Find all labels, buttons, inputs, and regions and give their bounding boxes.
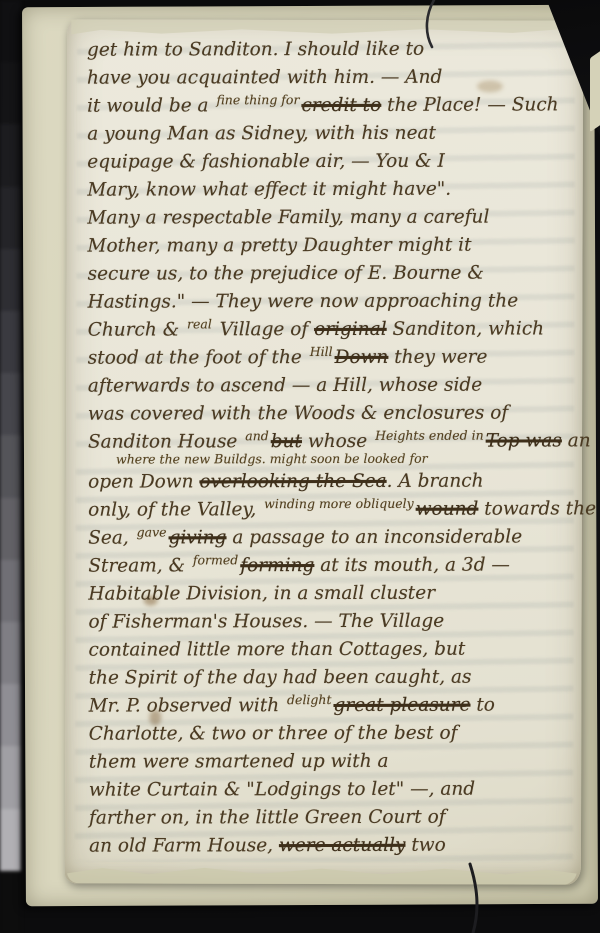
inserted-text: and: [245, 428, 269, 443]
grayscale-calibration-strip: [0, 0, 21, 933]
inserted-text: Hill: [310, 344, 333, 359]
handwriting-text: at its mouth, a 3d —: [314, 555, 510, 577]
manuscript-line: of Fisherman's Houses. — The Village: [88, 607, 568, 636]
calibration-shade-block: [0, 560, 21, 622]
struck-through-text: great pleasure: [334, 695, 471, 716]
manuscript-line: Mary, know what effect it might have".: [87, 175, 567, 204]
mount-corner-edge: [590, 50, 600, 132]
struck-through-text: original: [314, 319, 387, 340]
manuscript-line: afterwards to ascend — a Hill, whose sid…: [88, 371, 568, 400]
handwriting-text: white Curtain & "Lodgings to let" —, and: [89, 779, 475, 801]
handwriting-text: where the new Buildgs. might soon be loo…: [116, 451, 428, 467]
handwriting-text: them were smartened up with a: [89, 751, 389, 773]
struck-through-text: overlooking the Sea: [199, 471, 386, 492]
handwriting-text: have you acquainted with him. — And: [87, 67, 442, 89]
handwriting-text: . A branch: [387, 471, 484, 492]
calibration-shade-block: [0, 498, 21, 560]
manuscript-line: farther on, in the little Green Court of: [89, 803, 569, 832]
manuscript-line: Hastings." — They were now approaching t…: [88, 287, 568, 316]
handwriting-text: Sea,: [88, 528, 134, 549]
handwriting-text: an old Farm House,: [89, 835, 279, 856]
calibration-shade-block: [0, 809, 21, 871]
manuscript-line: Many a respectable Family, many a carefu…: [87, 203, 567, 232]
handwriting-text: contained little more than Cottages, but: [89, 639, 466, 661]
manuscript-line: white Curtain & "Lodgings to let" —, and: [89, 775, 569, 804]
handwriting-text: it would be a: [87, 95, 214, 116]
manuscript-line: have you acquainted with him. — And: [87, 63, 567, 92]
handwriting-text: Sanditon House: [88, 431, 243, 452]
handwriting-text: Charlotte, & two or three of the best of: [89, 723, 458, 745]
calibration-shade-block: [0, 249, 21, 311]
inserted-text: real: [187, 316, 212, 331]
manuscript-line: stood at the foot of the HillDown they w…: [88, 343, 568, 372]
inserted-text: Heights ended in: [375, 428, 484, 443]
calibration-shade-block: [0, 684, 21, 746]
calibration-shade-block: [0, 871, 21, 933]
struck-through-text: were actually: [279, 835, 406, 856]
handwriting-text: Village of: [214, 319, 314, 340]
calibration-shade-block: [0, 373, 21, 435]
struck-through-text: but: [271, 431, 302, 452]
handwriting-text: Church &: [88, 319, 185, 340]
manuscript-line: Mother, many a pretty Daughter might it: [87, 231, 567, 260]
struck-through-text: credit to: [301, 95, 381, 116]
struck-through-text: forming: [240, 555, 314, 576]
handwriting-text: afterwards to ascend — a Hill, whose sid…: [88, 375, 482, 397]
handwriting-text: Mother, many a pretty Daughter might it: [87, 235, 471, 257]
manuscript-line: secure us, to the prejudice of E. Bourne…: [88, 259, 568, 288]
calibration-shade-block: [0, 62, 21, 124]
manuscript-line: Charlotte, & two or three of the best of: [89, 719, 569, 748]
struck-through-text: Down: [335, 347, 389, 368]
handwriting-text: towards the: [478, 498, 596, 519]
struck-through-text: wound: [416, 499, 479, 520]
handwriting-text: to: [470, 695, 495, 716]
manuscript-line: Church & real Village of original Sandit…: [88, 315, 568, 344]
inserted-text: formed: [193, 552, 238, 567]
struck-through-text: giving: [169, 527, 227, 548]
handwriting-text: the Place! — Such: [381, 94, 558, 115]
inserted-text: fine thing for: [216, 92, 299, 107]
calibration-shade-block: [0, 435, 21, 497]
handwriting-text: of Fisherman's Houses. — The Village: [88, 611, 444, 633]
handwriting-text: open Down: [88, 471, 199, 492]
page-deckle-edge-bottom: [67, 861, 577, 884]
manuscript-line: open Down overlooking the Sea. A branch: [88, 467, 568, 496]
manuscript-line: Mr. P. observed with delightgreat pleasu…: [89, 691, 569, 720]
handwriting-text: Stream, &: [88, 555, 191, 576]
handwriting-text: stood at the foot of the: [88, 347, 308, 369]
handwriting-text: two: [405, 835, 445, 856]
handwriting-text: Habitable Division, in a small cluster: [88, 583, 435, 605]
inserted-text: winding more obliquely: [264, 496, 414, 511]
handwriting-text: an: [562, 430, 591, 451]
handwriting-text: Mr. P. observed with: [89, 695, 285, 717]
handwriting-text: Sanditon, which: [387, 318, 545, 339]
manuscript-line: a young Man as Sidney, with his neat: [87, 119, 567, 148]
manuscript-line: contained little more than Cottages, but: [89, 635, 569, 664]
manuscript-line: an old Farm House, were actually two: [89, 831, 569, 860]
calibration-shade-block: [0, 311, 21, 373]
handwriting-text: secure us, to the prejudice of E. Bourne…: [88, 263, 484, 285]
calibration-shade-block: [0, 0, 21, 62]
inserted-text: gave: [137, 525, 167, 540]
manuscript-photo: get him to Sanditon. I should like tohav…: [0, 0, 600, 933]
handwriting-text: Hastings." — They were now approaching t…: [88, 291, 519, 313]
calibration-shade-block: [0, 187, 21, 249]
handwriting-text: farther on, in the little Green Court of: [89, 807, 446, 829]
manuscript-line: only, of the Valley, winding more obliqu…: [88, 495, 568, 524]
manuscript-page: get him to Sanditon. I should like tohav…: [65, 19, 583, 884]
manuscript-line: it would be a fine thing forcredit to th…: [87, 91, 567, 120]
manuscript-line: equipage & fashionable air, — You & I: [87, 147, 567, 176]
manuscript-line: Sea, gavegiving a passage to an inconsid…: [88, 523, 568, 552]
struck-through-text: Top was: [486, 430, 562, 451]
calibration-shade-block: [0, 622, 21, 684]
calibration-shade-block: [0, 124, 21, 186]
manuscript-line: them were smartened up with a: [89, 747, 569, 776]
handwriting-text: Many a respectable Family, many a carefu…: [87, 207, 489, 229]
manuscript-line: get him to Sanditon. I should like to: [87, 35, 567, 64]
manuscript-line: was covered with the Woods & enclosures …: [88, 399, 568, 428]
handwriting-text: a young Man as Sidney, with his neat: [87, 123, 436, 145]
handwriting-text: only, of the Valley,: [88, 499, 262, 520]
handwriting-text: the Spirit of the day had been caught, a…: [89, 667, 472, 689]
handwriting-text: equipage & fashionable air, — You & I: [87, 151, 445, 173]
manuscript-line: Stream, & formedforming at its mouth, a …: [88, 551, 568, 580]
manuscript-line: the Spirit of the day had been caught, a…: [89, 663, 569, 692]
handwriting-text: was covered with the Woods & enclosures …: [88, 403, 508, 425]
handwritten-text: get him to Sanditon. I should like tohav…: [87, 35, 569, 860]
calibration-shade-block: [0, 746, 21, 808]
handwriting-text: whose: [302, 431, 373, 452]
handwriting-text: get him to Sanditon. I should like to: [87, 39, 424, 61]
handwriting-text: Mary, know what effect it might have".: [87, 179, 451, 201]
inserted-text: delight: [287, 692, 332, 707]
handwriting-text: they were: [388, 347, 487, 368]
manuscript-line: Habitable Division, in a small cluster: [88, 579, 568, 608]
handwriting-text: a passage to an inconsiderable: [226, 527, 522, 549]
